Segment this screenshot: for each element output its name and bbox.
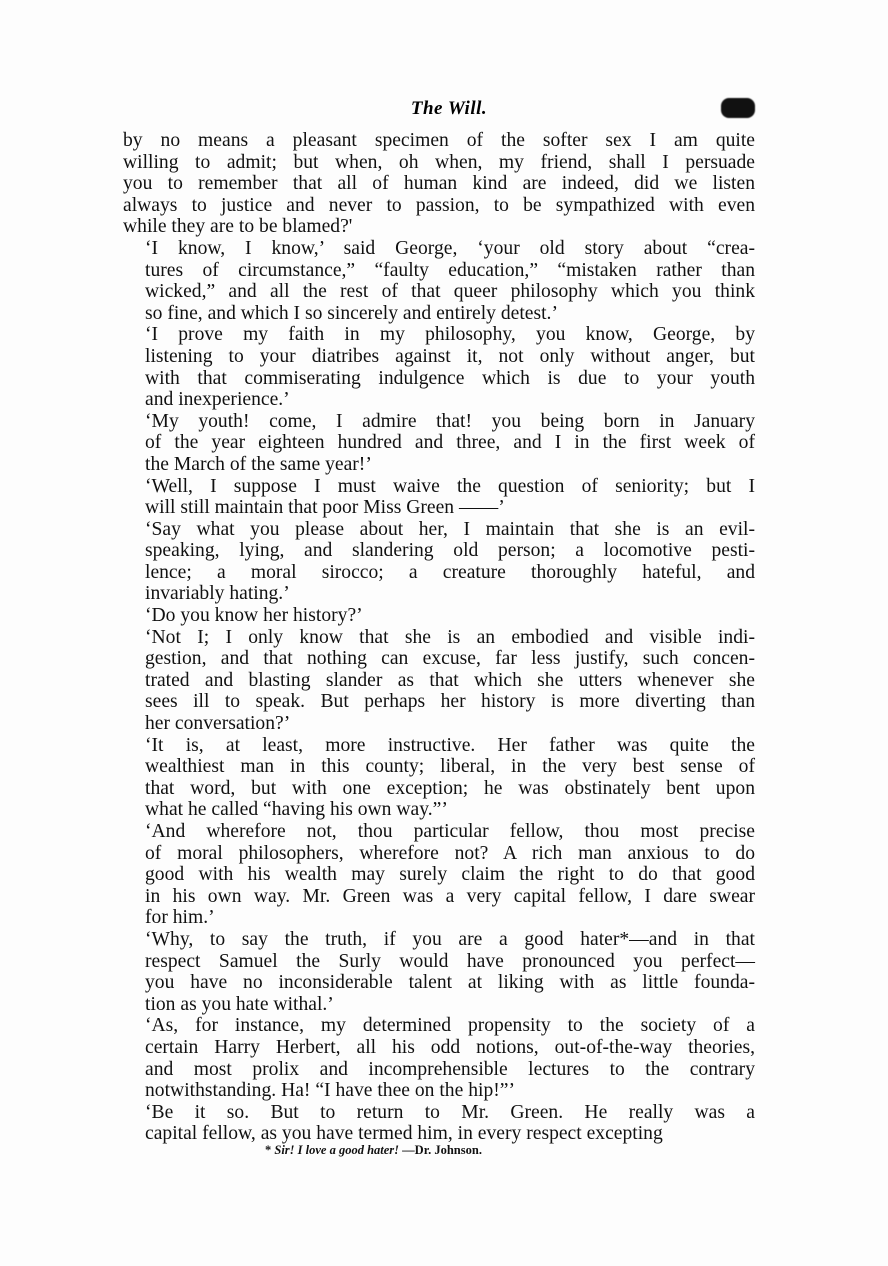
paragraph: ‘Do you know her history?’ bbox=[123, 605, 755, 627]
footnote-attribution: —Dr. Johnson. bbox=[402, 1143, 482, 1157]
body-text: by no means a pleasant specimen of the s… bbox=[123, 130, 755, 1145]
text-line: for him.’ bbox=[123, 907, 755, 929]
text-line: with that commiserating indulgence which… bbox=[123, 368, 755, 390]
paragraph: ‘My youth! come, I admire that! you bein… bbox=[123, 411, 755, 476]
text-line: gestion, and that nothing can excuse, fa… bbox=[123, 648, 755, 670]
paragraph: ‘It is, at least, more instructive. Her … bbox=[123, 735, 755, 821]
text-line: notwithstanding. Ha! “I have thee on the… bbox=[123, 1080, 755, 1102]
text-line: so fine, and which I so sincerely and en… bbox=[123, 303, 755, 325]
text-line: tures of circumstance,” “faulty educatio… bbox=[123, 260, 755, 282]
text-line: ‘Be it so. But to return to Mr. Green. H… bbox=[123, 1102, 755, 1124]
footnote: * Sir! I love a good hater! —Dr. Johnson… bbox=[265, 1143, 695, 1158]
text-line: what he called “having his own way.”’ bbox=[123, 799, 755, 821]
text-line: and most prolix and incomprehensible lec… bbox=[123, 1059, 755, 1081]
text-line: certain Harry Herbert, all his odd notio… bbox=[123, 1037, 755, 1059]
text-line: ‘Not I; I only know that she is an embod… bbox=[123, 627, 755, 649]
text-line: you to remember that all of human kind a… bbox=[123, 173, 755, 195]
footnote-quote: Sir! I love a good hater! bbox=[274, 1143, 399, 1157]
page-number bbox=[721, 98, 755, 118]
text-line: and inexperience.’ bbox=[123, 389, 755, 411]
text-line: capital fellow, as you have termed him, … bbox=[123, 1123, 755, 1145]
text-line: of the year eighteen hundred and three, … bbox=[123, 432, 755, 454]
text-line: that word, but with one exception; he wa… bbox=[123, 778, 755, 800]
paragraph: ‘Be it so. But to return to Mr. Green. H… bbox=[123, 1102, 755, 1145]
paragraph: ‘As, for instance, my determined propens… bbox=[123, 1015, 755, 1101]
paragraph: ‘I know, I know,’ said George, ‘your old… bbox=[123, 238, 755, 324]
paragraph: ‘Well, I suppose I must waive the questi… bbox=[123, 476, 755, 519]
book-page: The Will. by no means a pleasant specime… bbox=[0, 0, 888, 1266]
text-line: respect Samuel the Surly would have pron… bbox=[123, 951, 755, 973]
text-line: lence; a moral sirocco; a creature thoro… bbox=[123, 562, 755, 584]
text-line: always to justice and never to passion, … bbox=[123, 195, 755, 217]
text-line: ‘I prove my faith in my philosophy, you … bbox=[123, 324, 755, 346]
text-line: sees ill to speak. But perhaps her histo… bbox=[123, 691, 755, 713]
paragraph: ‘And wherefore not, thou particular fell… bbox=[123, 821, 755, 929]
text-line: you have no inconsiderable talent at lik… bbox=[123, 972, 755, 994]
text-line: good with his wealth may surely claim th… bbox=[123, 864, 755, 886]
text-line: wicked,” and all the rest of that queer … bbox=[123, 281, 755, 303]
paragraph: ‘Why, to say the truth, if you are a goo… bbox=[123, 929, 755, 1015]
text-line: speaking, lying, and slandering old pers… bbox=[123, 540, 755, 562]
text-line: ‘My youth! come, I admire that! you bein… bbox=[123, 411, 755, 433]
text-line: tion as you hate withal.’ bbox=[123, 994, 755, 1016]
text-line: will still maintain that poor Miss Green… bbox=[123, 497, 755, 519]
text-line: ‘And wherefore not, thou particular fell… bbox=[123, 821, 755, 843]
text-line: ‘Say what you please about her, I mainta… bbox=[123, 519, 755, 541]
text-line: ‘It is, at least, more instructive. Her … bbox=[123, 735, 755, 757]
text-line: ‘Why, to say the truth, if you are a goo… bbox=[123, 929, 755, 951]
text-line: her conversation?’ bbox=[123, 713, 755, 735]
text-line: ‘Well, I suppose I must waive the questi… bbox=[123, 476, 755, 498]
running-header-title: The Will. bbox=[123, 98, 755, 120]
text-line: listening to your diatribes against it, … bbox=[123, 346, 755, 368]
text-line: the March of the same year!’ bbox=[123, 454, 755, 476]
text-line: ‘I know, I know,’ said George, ‘your old… bbox=[123, 238, 755, 260]
text-line: by no means a pleasant specimen of the s… bbox=[123, 130, 755, 152]
text-line: while they are to be blamed?' bbox=[123, 216, 755, 238]
text-line: in his own way. Mr. Green was a very cap… bbox=[123, 886, 755, 908]
footnote-marker: * bbox=[265, 1143, 271, 1157]
running-header: The Will. bbox=[123, 98, 755, 124]
paragraph: ‘I prove my faith in my philosophy, you … bbox=[123, 324, 755, 410]
text-line: willing to admit; but when, oh when, my … bbox=[123, 152, 755, 174]
paragraph: ‘Say what you please about her, I mainta… bbox=[123, 519, 755, 605]
text-line: of moral philosophers, wherefore not? A … bbox=[123, 843, 755, 865]
text-line: trated and blasting slander as that whic… bbox=[123, 670, 755, 692]
text-line: ‘Do you know her history?’ bbox=[123, 605, 755, 627]
text-line: invariably hating.’ bbox=[123, 583, 755, 605]
paragraph: ‘Not I; I only know that she is an embod… bbox=[123, 627, 755, 735]
text-line: ‘As, for instance, my determined propens… bbox=[123, 1015, 755, 1037]
paragraph: by no means a pleasant specimen of the s… bbox=[123, 130, 755, 238]
text-line: wealthiest man in this county; liberal, … bbox=[123, 756, 755, 778]
